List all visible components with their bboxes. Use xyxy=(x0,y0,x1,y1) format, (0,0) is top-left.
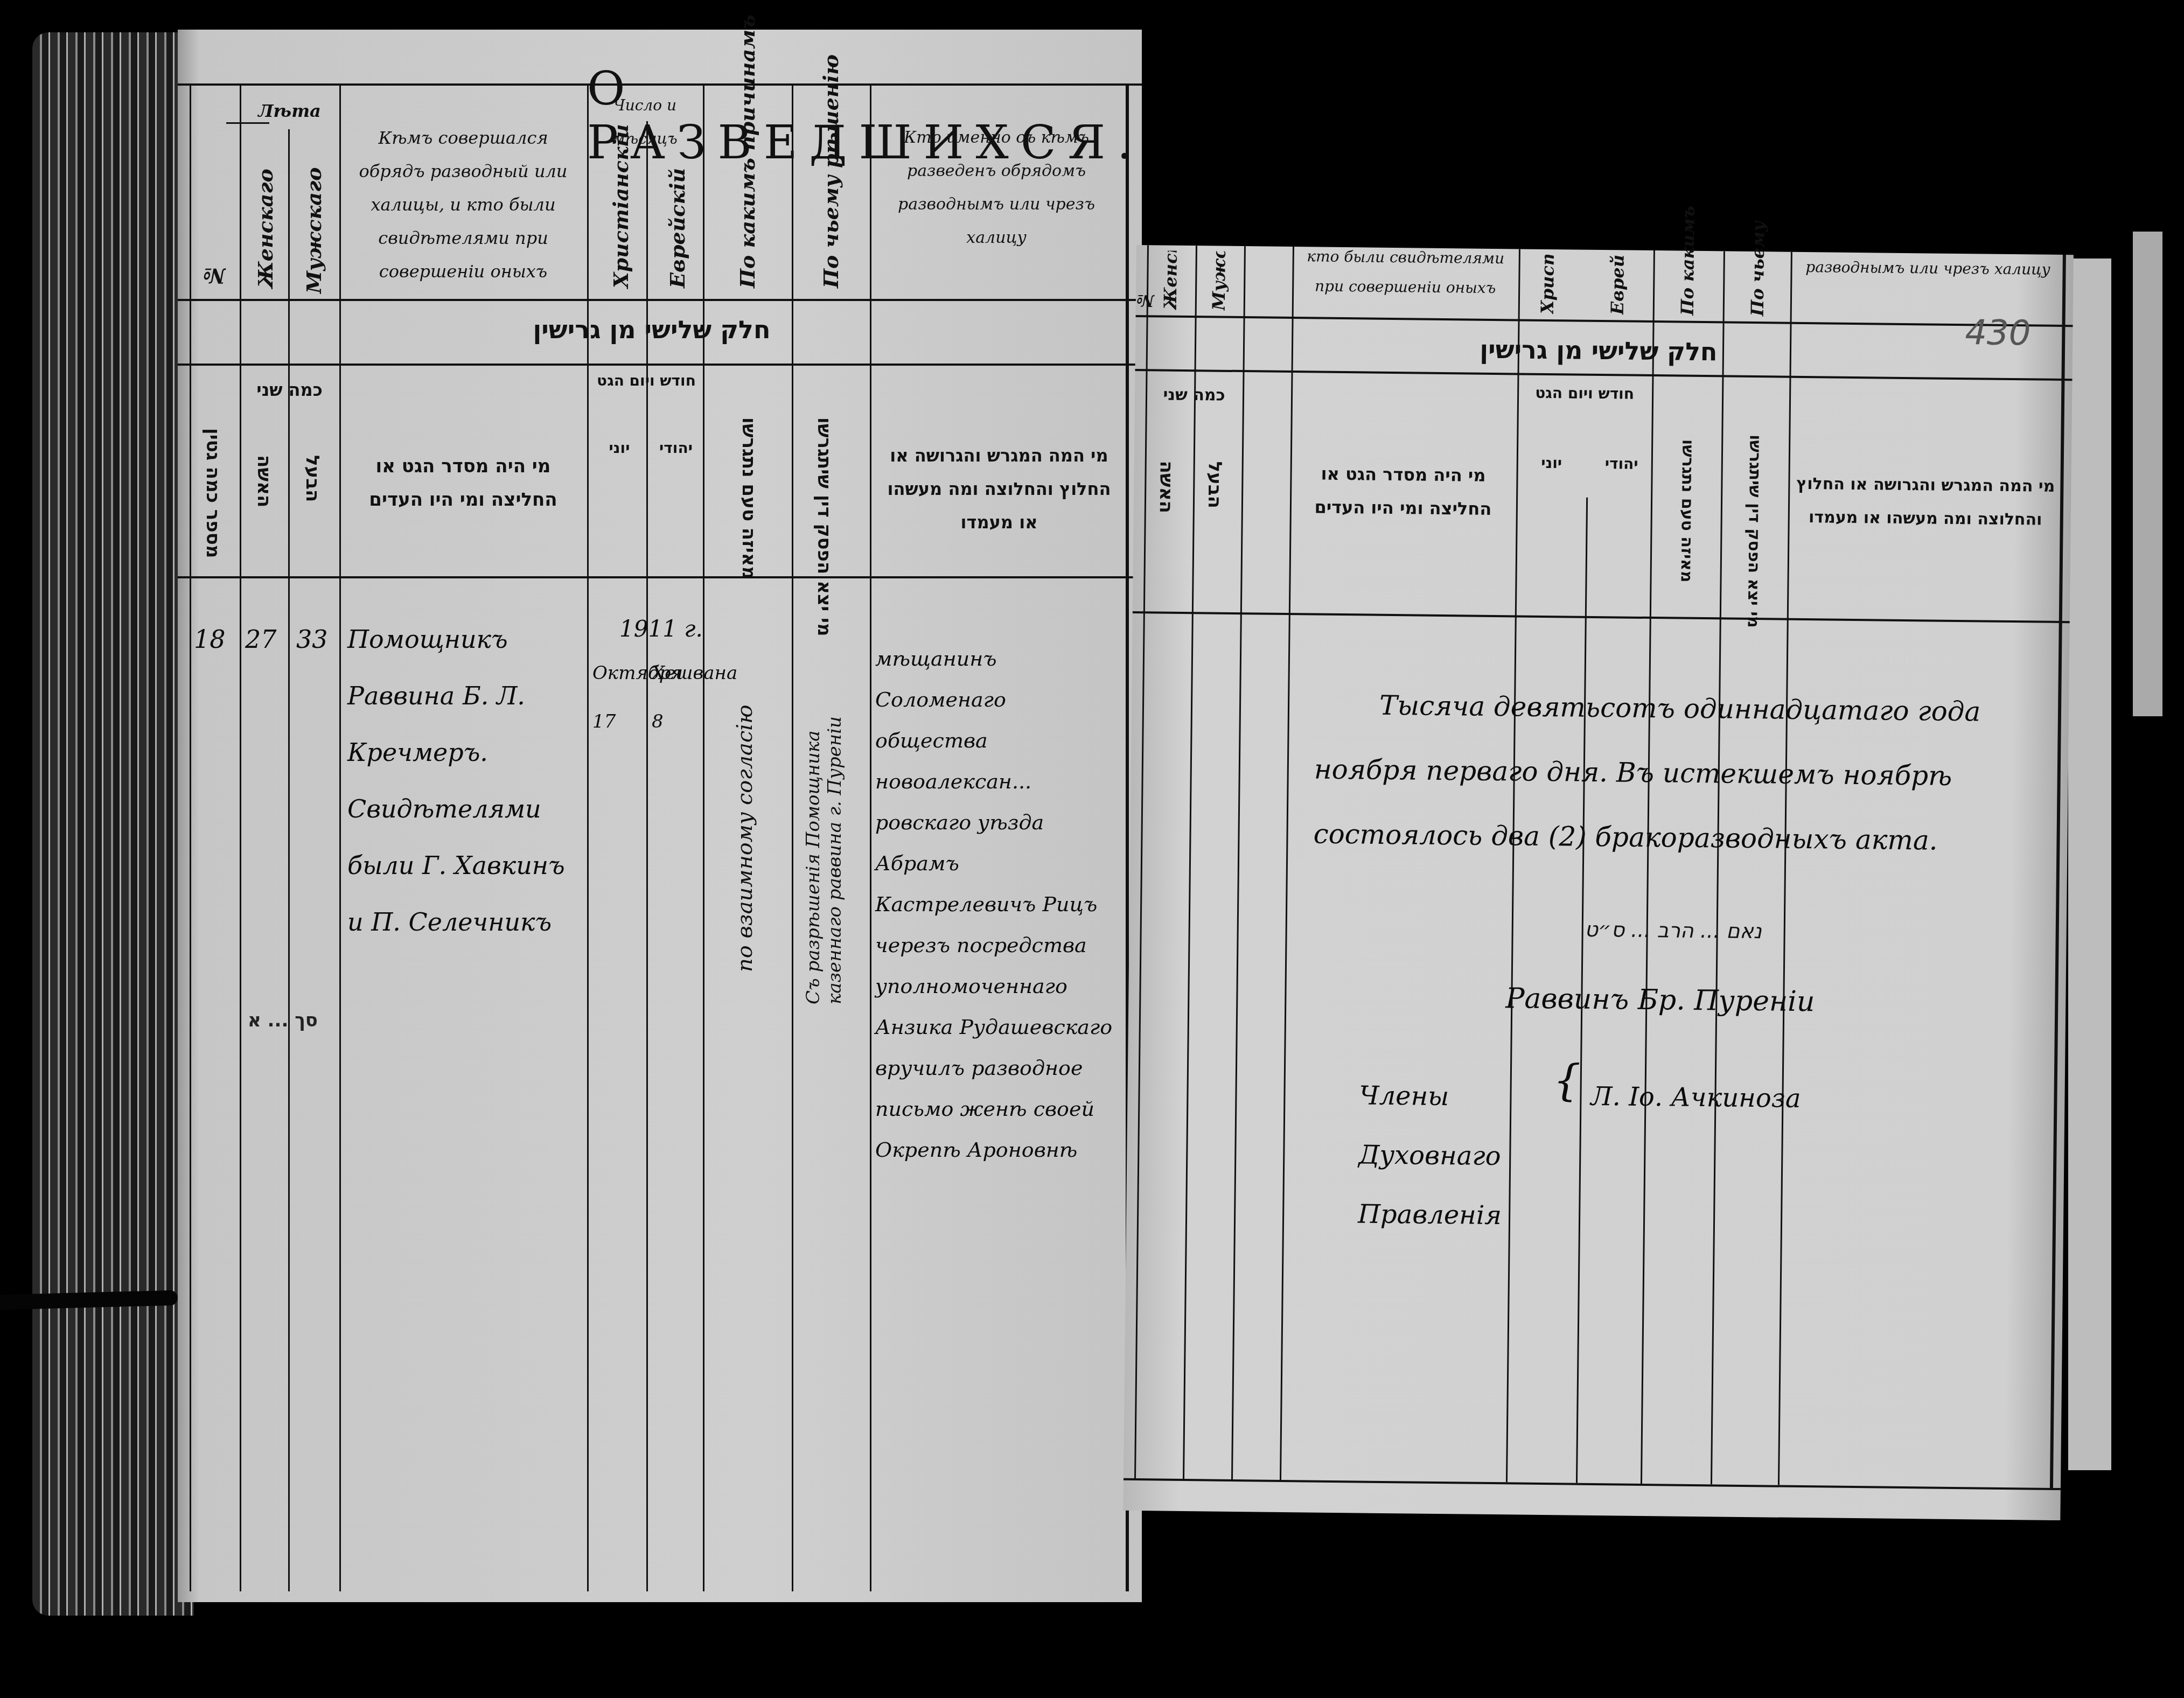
header-reason: По какимъ причинамъ xyxy=(735,105,759,288)
hebrew-header-date-civil: יוני xyxy=(595,439,644,457)
hebrew-header-date-civil: יוני xyxy=(1522,454,1581,472)
column-rule xyxy=(190,83,191,1591)
entry-age-male: 33 xyxy=(296,611,328,668)
column-rule xyxy=(240,83,241,1591)
header-officiant: Кѣмъ совершался обрядъ разводный или хал… xyxy=(350,121,576,288)
hebrew-header-date-jewish: יהודי xyxy=(1592,455,1651,473)
right-page: № Женскаго Мужскаго кто были свидѣтелями… xyxy=(1123,245,2074,1520)
divider xyxy=(1136,315,2073,327)
hebrew-header-reason: מאיזה טעם נתגרשו xyxy=(738,417,759,579)
header-decision: По чьему xyxy=(1747,257,1768,316)
board-member-signature: Л. Іо. Ачкиноза xyxy=(1590,1068,1801,1127)
divider xyxy=(178,364,1142,366)
divider xyxy=(178,83,1142,86)
hebrew-header-date-group: חודש ויום הגט xyxy=(1523,384,1646,403)
header-years-male: Мужскаго xyxy=(302,143,326,294)
entry-decision: Съ разрѣшенія Помощника казеннаго раввин… xyxy=(803,638,862,1004)
entry-officiant-witnesses: Помощникъ Раввина Б. Л. Кречмеръ. Свидѣт… xyxy=(347,611,584,951)
header-years-female: Женскаго xyxy=(253,143,277,288)
hebrew-signature-line: נאם ... הרב ... ס״ט xyxy=(1431,916,1916,945)
hebrew-header-age-husband: הבעל xyxy=(1204,461,1226,508)
column-rule xyxy=(1183,246,1197,1479)
hebrew-section-title: חלק שלישי מן גרישין xyxy=(1135,331,2062,370)
entry-number: 18 xyxy=(194,611,226,668)
rabbi-signature: Раввинъ Бр. Пуреніи xyxy=(1505,970,1815,1030)
entry-date-christian: Октября 17 xyxy=(592,649,646,746)
header-number: № xyxy=(202,207,226,288)
hebrew-header-age-wife: האשה xyxy=(253,455,275,507)
column-rule xyxy=(587,83,589,1591)
entry-who-divorced: мѣщанинъ Соломенаго общества новоалексан… xyxy=(875,638,1123,1170)
page-edge xyxy=(2133,232,2162,716)
hebrew-header-decision: מי יצא הפסק דין שיתגרשו xyxy=(1744,435,1765,628)
hebrew-section-title: חלק שלישי מן גרישין xyxy=(178,315,1126,344)
hebrew-header-who-divorced: מי המה המגרש והגרושה או החלוץ והחלוצה ומ… xyxy=(1793,467,2057,537)
header-date-group: Число и мѣсяцъ xyxy=(587,89,703,156)
hebrew-header-number: מספר כמה גטין xyxy=(202,428,224,558)
header-who-divorced-tail: разводнымъ или чрезъ халицу xyxy=(1798,252,2057,284)
hebrew-header-who-divorced: מי המה המגרש והגרושה או החלוץ והחלוצה ומ… xyxy=(875,439,1123,539)
header-date-jewish: Еврейскій xyxy=(1607,255,1628,315)
divider xyxy=(178,299,1142,301)
column-rule xyxy=(288,129,290,1591)
divider xyxy=(1124,1478,2061,1490)
hebrew-header-officiant: מי היה מסדר הגט או החליצה ומי היו העדים xyxy=(355,450,571,516)
column-rule xyxy=(792,83,793,1591)
divider xyxy=(178,576,1142,578)
divider xyxy=(1133,611,2070,623)
marginal-note: סך ... א xyxy=(248,1010,625,1031)
header-reason: По какимъ xyxy=(1677,256,1698,316)
hebrew-header-date-group: חודש ויום הגט xyxy=(592,372,700,389)
header-date-christian: Христіанскій xyxy=(1537,255,1558,314)
header-years-group: Лѣта xyxy=(240,94,339,128)
header-number: № xyxy=(1136,256,1155,310)
hebrew-header-officiant: מי היה מסדר הגט או החליצה ומי היו העדים xyxy=(1301,457,1506,526)
header-years-male: Мужскаго xyxy=(1209,251,1230,310)
entry-reason: по взаимному согласію xyxy=(732,649,757,972)
page-edge-rule xyxy=(2050,255,2066,1488)
header-officiant-tail: кто были свидѣтелями при совершеніи оных… xyxy=(1297,241,1513,303)
book-page-stack xyxy=(32,32,194,1616)
header-date-jewish: Еврейскій xyxy=(665,180,689,288)
page-edge xyxy=(2068,258,2111,1470)
header-date-christian: Христіанскій xyxy=(609,164,633,288)
spiritual-board-label: Члены Духовнаго Правленія xyxy=(1358,1066,1543,1246)
hebrew-header-age-group: כמה שני xyxy=(1146,385,1243,405)
hebrew-header-age-husband: הבעל xyxy=(302,455,323,502)
column-rule xyxy=(870,83,871,1591)
left-page: О РАЗВЕДШИХСЯ. № Лѣта Женскаго Мужскаго … xyxy=(178,30,1142,1602)
header-decision: По чьему рѣшенію xyxy=(819,110,843,288)
hebrew-header-age-wife: האשה xyxy=(1155,460,1177,513)
column-rule xyxy=(1134,245,1149,1478)
hebrew-header-decision: מי יצא הפסק דין שיתגרשו xyxy=(813,417,835,637)
hebrew-header-age-group: כמה שני xyxy=(240,380,339,400)
column-rule xyxy=(1280,247,1294,1480)
header-years-female: Женскаго xyxy=(1160,250,1181,310)
brace: { xyxy=(1553,1052,1581,1109)
column-rule xyxy=(339,83,341,1591)
divider xyxy=(1135,369,2073,381)
header-who-divorced: Кто именно съ кѣмъ разведенъ обрядомъ ра… xyxy=(873,121,1120,255)
entry-age-female: 27 xyxy=(245,611,277,668)
entry-date-jewish: Хешвана 8 xyxy=(652,649,703,746)
hebrew-header-reason: מאיזה טעם נתגרשו xyxy=(1677,439,1697,583)
hebrew-header-date-jewish: יהודי xyxy=(652,439,700,457)
column-rule xyxy=(1231,246,1246,1479)
closing-statement: Тысяча девятьсотъ одиннадцатаго года ноя… xyxy=(1313,673,2048,874)
column-rule xyxy=(703,83,704,1591)
